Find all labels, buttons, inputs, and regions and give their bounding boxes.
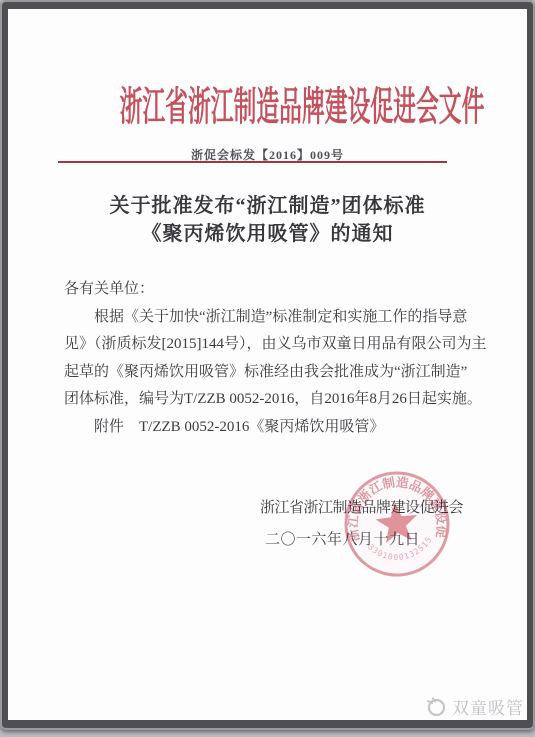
body-line: 见》（浙质标发[2015]144号），由义乌市双童日用品有限公司为主 bbox=[64, 331, 466, 359]
shuangtong-logo-icon bbox=[425, 695, 447, 717]
body-line: 团体标准，编号为T/ZZB 0052-2016，自2016年8月26日起实施。 bbox=[64, 386, 466, 414]
watermark-label: 双童吸管 bbox=[452, 694, 524, 719]
salutation: 各有关单位： bbox=[64, 276, 466, 304]
official-seal: 浙江省浙江制造品牌建设促进会 3301000132515 bbox=[337, 464, 458, 585]
document-page: 浙江省浙江制造品牌建设促进会文件 浙促会标发【2016】009号 关于批准发布“… bbox=[8, 9, 527, 720]
attachment-line: 附件 T/ZZB 0052-2016《聚丙烯饮用吸管》 bbox=[64, 414, 466, 442]
watermark: 双童吸管 bbox=[425, 695, 524, 717]
photo-frame: 浙江省浙江制造品牌建设促进会文件 浙促会标发【2016】009号 关于批准发布“… bbox=[0, 0, 535, 730]
screenshot-root: { "document": { "header": { "org_title":… bbox=[0, 0, 535, 737]
document-title-line1: 关于批准发布“浙江制造”团体标准 bbox=[8, 192, 527, 220]
org-title: 浙江省浙江制造品牌建设促进会文件 bbox=[120, 85, 416, 129]
document-body: 各有关单位： 根据《关于加快“浙江制造”标准制定和实施工作的指导意 见》（浙质标… bbox=[64, 276, 466, 441]
document-title: 关于批准发布“浙江制造”团体标准 《聚丙烯饮用吸管》的通知 bbox=[8, 192, 527, 248]
document-title-line2: 《聚丙烯饮用吸管》的通知 bbox=[8, 220, 527, 248]
body-line: 起草的《聚丙烯饮用吸管》标准经由我会批准成为“浙江制造” bbox=[64, 359, 466, 387]
red-rule-divider bbox=[58, 161, 447, 163]
body-line: 根据《关于加快“浙江制造”标准制定和实施工作的指导意 bbox=[64, 304, 466, 332]
